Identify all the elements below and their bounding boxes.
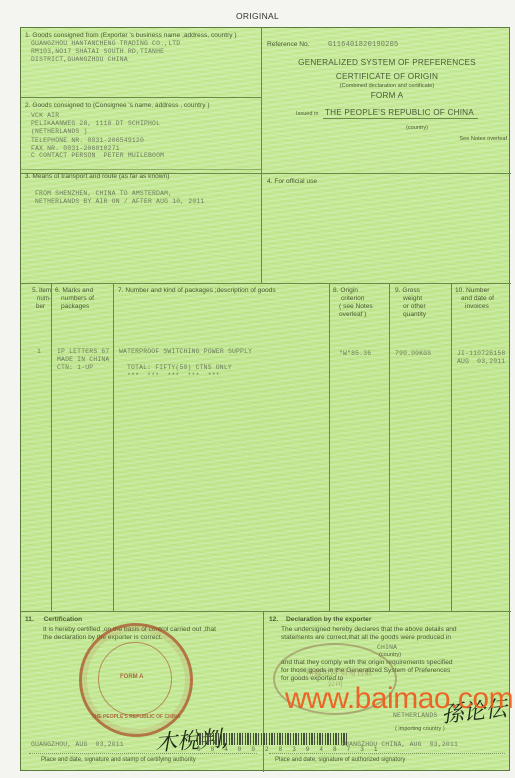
consignee-line: VCK AIR: [31, 112, 257, 120]
title-combined: (Combined declaration and certificate): [263, 83, 511, 89]
header-text: or other: [395, 303, 451, 311]
consignee-line: PELIKAANWEG 28, 1118 DT SCHIPHOL: [31, 120, 257, 128]
reference-row: Reference No. G116401820190205: [267, 33, 507, 51]
produced-country: CHINA: [377, 644, 507, 652]
marks-cell: IP LETTERS 67 MADE IN CHINA CTN: 1-UP: [57, 348, 109, 373]
box-2-consignee: 2. Goods consigned to (Consignee 's name…: [25, 102, 257, 159]
header-text: packages: [55, 303, 113, 311]
reference-number: G116401820190205: [328, 41, 398, 49]
importing-country-caption: ( importing country ): [395, 726, 445, 732]
invoice-cell: JI-110726158 AUG 03,2011: [457, 350, 505, 366]
exporter-line: RM103,NO17 SHATAI SOUTH RD,TIANHE: [31, 48, 257, 56]
signature-line: [269, 753, 505, 754]
header-text: 8. Origin: [333, 287, 389, 295]
see-notes: See Notes overleaf: [263, 136, 511, 142]
col-header-item: 5. Item num- ber: [23, 287, 51, 311]
item-number: 1: [37, 348, 41, 356]
box-1-exporter: 1. Goods consigned from (Exporter 's bus…: [25, 32, 257, 65]
reference-label: Reference No.: [267, 41, 310, 48]
declaration-place-date: GUANGZHOU CHINA, AUG 03,2011: [341, 741, 458, 749]
stamp-center-text: FORM A: [120, 674, 143, 680]
header-text: ber: [23, 303, 51, 311]
consignee-line: C CONTACT PERSON PETER MUILEBOOM: [31, 153, 257, 159]
transport-line: NETHERLANDS BY AIR ON / AFTER AUG 10, 20…: [35, 198, 257, 206]
consignee-line: (NETHERLANDS ): [31, 128, 257, 136]
divider: [51, 283, 52, 611]
header-text: quantity: [395, 311, 451, 319]
header-text: 9. Gross: [395, 287, 451, 295]
declaration-text: statements are correct,that all the good…: [281, 634, 507, 642]
box-2-label: 2. Goods consigned to (Consignee 's name…: [25, 102, 257, 110]
exporter-line: DISTRICT,GUANGZHOU CHINA: [31, 56, 257, 64]
divider: [21, 611, 511, 612]
divider: [329, 283, 330, 611]
marks-line: CTN: 1-UP: [57, 364, 109, 372]
title-gsp: GENERALIZED SYSTEM OF PREFERENCES: [263, 58, 511, 67]
col-header-marks: 6. Marks and numbers of packages: [55, 287, 113, 311]
col-header-origin: 8. Origin criterion ( see Notes overleaf…: [333, 287, 389, 319]
issued-prefix: Issued in: [296, 111, 318, 117]
header-text: and date of: [455, 295, 511, 303]
watermark-text: www.baimao.com: [285, 682, 513, 716]
description-line: WATERPROOF SWITCHING POWER SUPPLY: [119, 348, 252, 356]
divider: [21, 169, 261, 170]
marks-line: MADE IN CHINA: [57, 356, 109, 364]
barcode: [197, 733, 347, 745]
divider: [261, 28, 262, 283]
certification-caption: Place and date, signature and stamp of c…: [41, 757, 196, 763]
document-header-original: ORIGINAL: [0, 11, 515, 21]
header-text: num-: [23, 295, 51, 303]
header-text: 5. Item: [23, 287, 51, 295]
header-text: 10. Number: [455, 287, 511, 295]
box-4-official-use: 4. For official use: [267, 178, 317, 186]
marks-line: IP LETTERS 67: [57, 348, 109, 356]
box-3-transport: 3. Means of transport and route (as far …: [25, 173, 257, 206]
col-header-invoice: 10. Number and date of invoices: [455, 287, 511, 311]
official-stamp: FORM A THE PEOPLE'S REPUBLIC OF CHINA: [79, 623, 193, 737]
transport-line: FROM SHENZHEN, CHINA TO AMSTERDAM,: [35, 190, 257, 198]
invoice-line: JI-110726158: [457, 350, 505, 358]
divider: [21, 283, 511, 284]
gross-weight-value: 790.00KGS: [395, 350, 431, 358]
description-line: TOTAL: FIFTY(50) CTNS ONLY: [127, 364, 252, 372]
country-caption: (country): [379, 652, 507, 658]
certification-title: Certification: [44, 616, 82, 623]
header-text: ( see Notes: [333, 303, 389, 311]
description-line: [119, 356, 252, 364]
title-certificate: CERTIFICATE OF ORIGIN: [263, 72, 511, 81]
consignee-line: TELEPHONE NR. 0031-206549120: [31, 137, 257, 145]
certificate-form: 1. Goods consigned from (Exporter 's bus…: [20, 27, 510, 771]
issued-row: Issued in THE PEOPLE'S REPUBLIC OF CHINA: [263, 102, 511, 120]
header-text: overleaf ): [333, 311, 389, 319]
description-line: *** *** *** *** ***: [127, 372, 252, 380]
declaration-heading: 12. Declaration by the exporter: [269, 616, 507, 624]
box-1-label: 1. Goods consigned from (Exporter 's bus…: [25, 32, 257, 40]
divider: [21, 97, 261, 98]
certification-place-date: GUANGZHOU, AUG 03,2011: [31, 741, 124, 749]
declaration-caption: Place and date, signature of authorized …: [275, 757, 405, 763]
issued-country: THE PEOPLE'S REPUBLIC OF CHINA: [323, 108, 478, 119]
exporter-line: GUANGZHOU HANTANCHENG TRADING CO.,LTD: [31, 40, 257, 48]
box-number: 11.: [25, 616, 34, 623]
divider: [113, 283, 114, 611]
header-text: 6. Marks and: [55, 287, 113, 295]
declaration-text: The undersigned hereby declares that the…: [281, 626, 507, 634]
col-header-weight: 9. Gross weight or other quantity: [395, 287, 451, 319]
origin-criterion-value: "W"85.36: [339, 350, 371, 358]
signature-line: [29, 753, 257, 754]
country-caption: (country): [263, 125, 511, 131]
divider: [451, 283, 452, 611]
description-cell: WATERPROOF SWITCHING POWER SUPPLY TOTAL:…: [119, 348, 252, 381]
title-block: GENERALIZED SYSTEM OF PREFERENCES CERTIF…: [263, 58, 511, 142]
header-text: weight: [395, 295, 451, 303]
header-text: invoices: [455, 303, 511, 311]
box-number: 12.: [269, 616, 278, 623]
header-text: numbers of: [55, 295, 113, 303]
invoice-line: AUG 03,2011: [457, 358, 505, 366]
col-header-description: 7. Number and kind of packages ;descript…: [118, 287, 328, 295]
declaration-title: Declaration by the exporter: [286, 616, 371, 623]
title-form-a: FORM A: [263, 91, 511, 100]
header-text: criterion: [333, 295, 389, 303]
box-3-label: 3. Means of transport and route (as far …: [25, 173, 257, 181]
divider: [389, 283, 390, 611]
stamp-ring-text: THE PEOPLE'S REPUBLIC OF CHINA: [84, 714, 188, 720]
